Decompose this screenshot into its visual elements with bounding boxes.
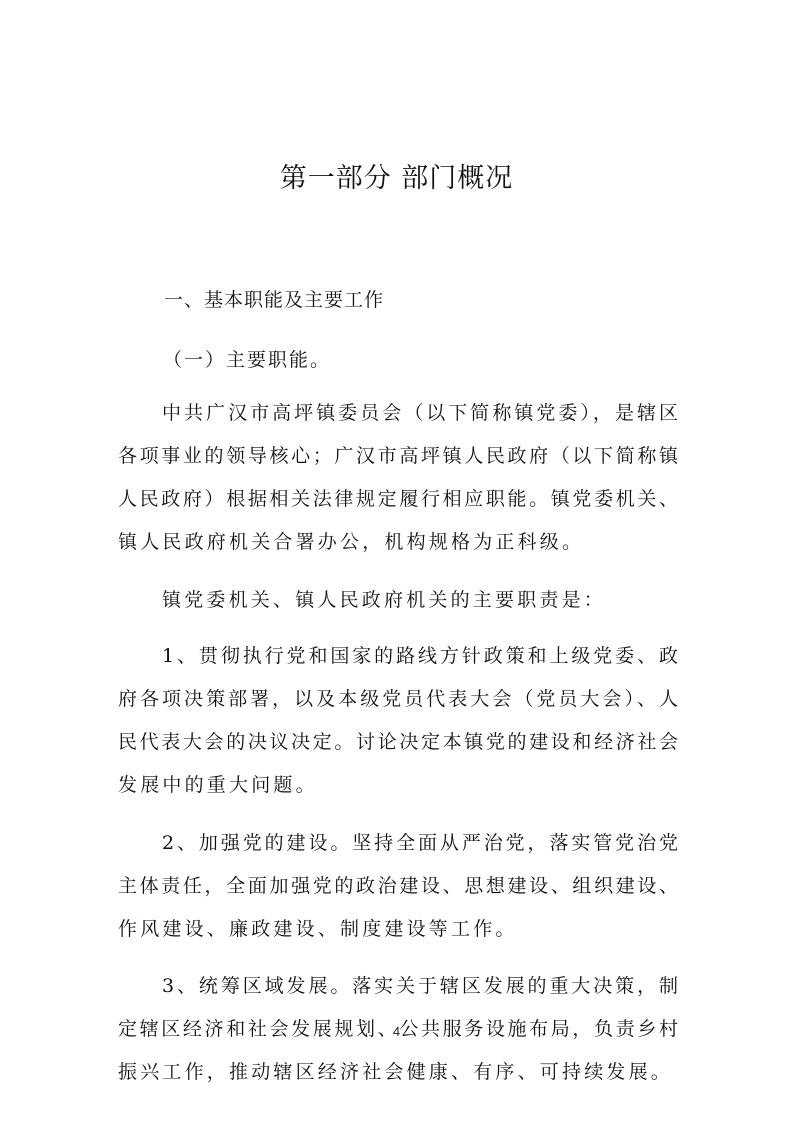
- document-page: 第一部分 部门概况 一、基本职能及主要工作 （一）主要职能。 中共广汉市高坪镇委…: [0, 0, 793, 1122]
- paragraph-line: 主体责任，全面加强党的政治建设、思想建设、组织建设、: [118, 871, 678, 898]
- page-number: 4: [0, 1024, 793, 1039]
- paragraph-line: 镇人民政府机关合署办公，机构规格为正科级。: [118, 527, 678, 554]
- paragraph-line: 振兴工作，推动辖区经济社会健康、有序、可持续发展。: [118, 1057, 678, 1084]
- paragraph-line: 作风建设、廉政建设、制度建设等工作。: [118, 914, 678, 941]
- paragraph-line: 1、贯彻执行党和国家的路线方针政策和上级党委、政: [162, 641, 678, 668]
- paragraph-line: 各项事业的领导核心；广汉市高坪镇人民政府（以下简称镇: [118, 441, 678, 468]
- page-title: 第一部分 部门概况: [0, 156, 793, 195]
- paragraph-line: 人民政府）根据相关法律规定履行相应职能。镇党委机关、: [118, 484, 678, 511]
- paragraph-line: 发展中的重大问题。: [118, 770, 678, 797]
- paragraph-line: 2、加强党的建设。坚持全面从严治党，落实管党治党: [162, 828, 678, 855]
- subsection-heading: （一）主要职能。: [163, 345, 331, 372]
- paragraph-line: 镇党委机关、镇人民政府机关的主要职责是：: [162, 585, 678, 612]
- paragraph-line: 府各项决策部署，以及本级党员代表大会（党员大会）、人: [118, 684, 678, 711]
- section-heading: 一、基本职能及主要工作: [164, 285, 384, 312]
- paragraph-line: 民代表大会的决议决定。讨论决定本镇党的建设和经济社会: [118, 727, 678, 754]
- paragraph-line: 3、统筹区域发展。落实关于辖区发展的重大决策，制: [162, 971, 678, 998]
- paragraph-line: 中共广汉市高坪镇委员会（以下简称镇党委），是辖区: [162, 398, 678, 425]
